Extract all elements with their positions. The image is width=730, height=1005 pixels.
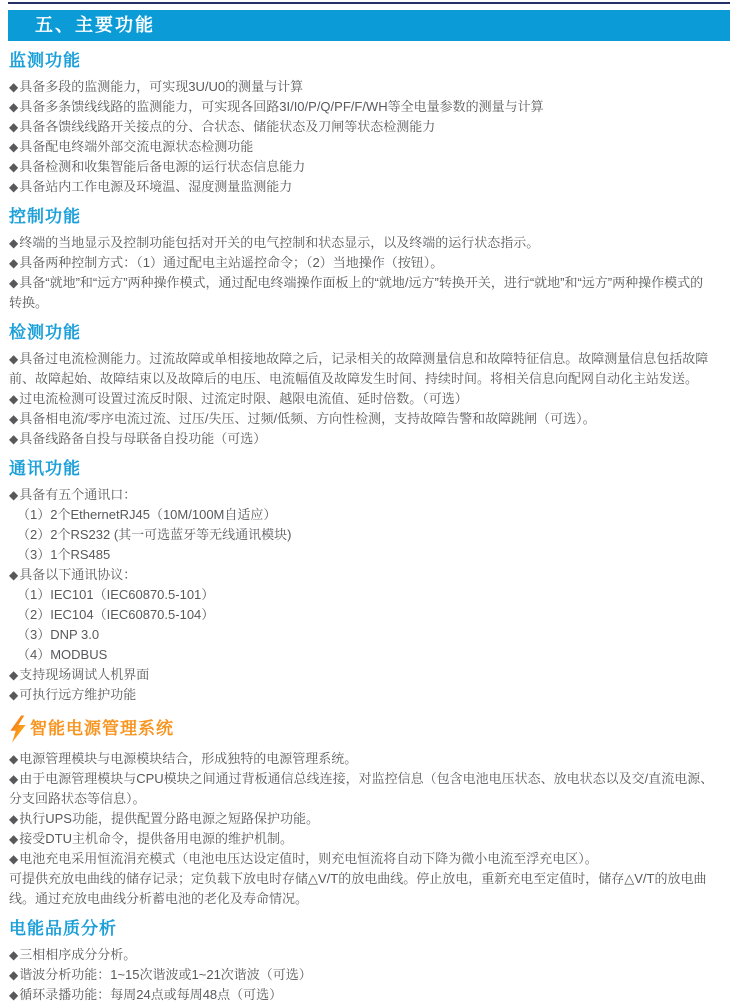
feature-item: 可提供充放电曲线的储存记录；定负载下放电时存储△V/T的放电曲线。停止放电，重新… bbox=[9, 869, 716, 909]
feature-item: ◆三相相序成分分析。 bbox=[9, 945, 716, 965]
section-detection: 检测功能◆具备过电流检测能力。过流故障或单相接地故障之后，记录相关的故障测量信息… bbox=[9, 323, 716, 449]
feature-item: （1）IEC101（IEC60870.5-101） bbox=[9, 585, 716, 605]
feature-item-text: 具备站内工作电源及环境温、湿度测量监测能力 bbox=[19, 179, 292, 194]
feature-item-text: 三相相序成分分析。 bbox=[19, 947, 136, 962]
section-heading-monitoring: 监测功能 bbox=[9, 51, 716, 71]
feature-item: ◆循环录播功能：每周24点或每周48点（可选） bbox=[9, 985, 716, 1005]
section-heading-communication: 通讯功能 bbox=[9, 459, 716, 479]
feature-item-text: （3）DNP 3.0 bbox=[17, 627, 99, 642]
feature-item: ◆具备站内工作电源及环境温、湿度测量监测能力 bbox=[9, 177, 716, 197]
sections: 监测功能◆具备多段的监测能力，可实现3U/U0的测量与计算◆具备多条馈线线路的监… bbox=[0, 41, 730, 1005]
feature-item: ◆具备线路备自投与母联备自投功能（可选） bbox=[9, 429, 716, 449]
diamond-bullet-icon: ◆ bbox=[9, 432, 18, 446]
diamond-bullet-icon: ◆ bbox=[9, 812, 18, 826]
feature-item-text: 循环录播功能：每周24点或每周48点（可选） bbox=[19, 987, 282, 1002]
section-heading-text: 控制功能 bbox=[9, 207, 81, 227]
diamond-bullet-icon: ◆ bbox=[9, 852, 18, 866]
feature-item-text: 具备线路备自投与母联备自投功能（可选） bbox=[19, 431, 266, 446]
feature-item-text: 支持现场调试人机界面 bbox=[19, 667, 149, 682]
diamond-bullet-icon: ◆ bbox=[9, 392, 18, 406]
section-heading-detection: 检测功能 bbox=[9, 323, 716, 343]
feature-item: （4）MODBUS bbox=[9, 645, 716, 665]
feature-item: ◆谐波分析功能：1~15次谐波或1~21次谐波（可选） bbox=[9, 965, 716, 985]
diamond-bullet-icon: ◆ bbox=[9, 988, 18, 1002]
feature-item-text: 具备相电流/零序电流过流、过压/失压、过频/低频、方向性检测，支持故障告警和故障… bbox=[19, 411, 595, 426]
top-rule bbox=[8, 2, 730, 4]
diamond-bullet-icon: ◆ bbox=[9, 412, 18, 426]
diamond-bullet-icon: ◆ bbox=[9, 276, 18, 290]
diamond-bullet-icon: ◆ bbox=[9, 752, 18, 766]
diamond-bullet-icon: ◆ bbox=[9, 352, 18, 366]
diamond-bullet-icon: ◆ bbox=[9, 256, 18, 270]
feature-item-text: （1）IEC101（IEC60870.5-101） bbox=[17, 587, 214, 602]
feature-item-text: 电源管理模块与电源模块结合，形成独特的电源管理系统。 bbox=[19, 751, 357, 766]
feature-item-text: 具备“就地”和“远方”两种操作模式，通过配电终端操作面板上的“就地/远方”转换开… bbox=[9, 275, 703, 310]
feature-item: ◆支持现场调试人机界面 bbox=[9, 665, 716, 685]
feature-item-text: （1）2个EthernetRJ45（10M/100M自适应） bbox=[17, 507, 276, 522]
diamond-bullet-icon: ◆ bbox=[9, 488, 18, 502]
feature-item: ◆具备“就地”和“远方”两种操作模式，通过配电终端操作面板上的“就地/远方”转换… bbox=[9, 273, 716, 313]
feature-item-text: 具备两种控制方式：（1）通过配电主站遥控命令；（2）当地操作（按钮）。 bbox=[19, 255, 443, 270]
feature-item-text: 具备配电终端外部交流电源状态检测功能 bbox=[19, 139, 253, 154]
feature-item-text: 具备多条馈线线路的监测能力，可实现各回路3I/I0/P/Q/PF/F/WH等全电… bbox=[19, 99, 543, 114]
feature-item-text: （2）IEC104（IEC60870.5-104） bbox=[17, 607, 214, 622]
feature-item-text: 由于电源管理模块与CPU模块之间通过背板通信总线连接，对监控信息（包含电池电压状… bbox=[9, 771, 713, 806]
feature-item-text: 终端的当地显示及控制功能包括对开关的电气控制和状态显示，以及终端的运行状态指示。 bbox=[19, 235, 539, 250]
feature-item-text: 可执行远方维护功能 bbox=[19, 687, 136, 702]
diamond-bullet-icon: ◆ bbox=[9, 120, 18, 134]
section-power-quality: 电能品质分析◆三相相序成分分析。◆谐波分析功能：1~15次谐波或1~21次谐波（… bbox=[9, 919, 716, 1005]
feature-item: （1）2个EthernetRJ45（10M/100M自适应） bbox=[9, 505, 716, 525]
page-title-bar: 五、主要功能 bbox=[8, 10, 730, 41]
feature-item: ◆执行UPS功能，提供配置分路电源之短路保护功能。 bbox=[9, 809, 716, 829]
feature-item: ◆过电流检测可设置过流反时限、过流定时限、越限电流值、延时倍数。（可选） bbox=[9, 389, 716, 409]
feature-item-text: 具备多段的监测能力，可实现3U/U0的测量与计算 bbox=[19, 79, 303, 94]
feature-item: ◆具备过电流检测能力。过流故障或单相接地故障之后，记录相关的故障测量信息和故障特… bbox=[9, 349, 716, 389]
diamond-bullet-icon: ◆ bbox=[9, 568, 18, 582]
diamond-bullet-icon: ◆ bbox=[9, 688, 18, 702]
diamond-bullet-icon: ◆ bbox=[9, 772, 18, 786]
feature-item-text: 执行UPS功能，提供配置分路电源之短路保护功能。 bbox=[19, 811, 319, 826]
feature-item-text: 具备检测和收集智能后备电源的运行状态信息能力 bbox=[19, 159, 305, 174]
feature-item-text: （2）2个RS232 (其一可选蓝牙等无线通讯模块) bbox=[17, 527, 291, 542]
feature-item: ◆具备多条馈线线路的监测能力，可实现各回路3I/I0/P/Q/PF/F/WH等全… bbox=[9, 97, 716, 117]
feature-item-text: 具备过电流检测能力。过流故障或单相接地故障之后，记录相关的故障测量信息和故障特征… bbox=[9, 351, 708, 386]
feature-item-text: 具备各馈线线路开关接点的分、合状态、储能状态及刀闸等状态检测能力 bbox=[19, 119, 435, 134]
diamond-bullet-icon: ◆ bbox=[9, 160, 18, 174]
feature-item: ◆具备两种控制方式：（1）通过配电主站遥控命令；（2）当地操作（按钮）。 bbox=[9, 253, 716, 273]
feature-item-text: 过电流检测可设置过流反时限、过流定时限、越限电流值、延时倍数。（可选） bbox=[19, 391, 468, 406]
section-power-management: 智能电源管理系统◆电源管理模块与电源模块结合，形成独特的电源管理系统。◆由于电源… bbox=[9, 715, 716, 909]
feature-item: ◆具备相电流/零序电流过流、过压/失压、过频/低频、方向性检测，支持故障告警和故… bbox=[9, 409, 716, 429]
feature-item-text: 电池充电采用恒流涓充模式（电池电压达设定值时，则充电恒流将自动下降为微小电流至浮… bbox=[19, 851, 598, 866]
diamond-bullet-icon: ◆ bbox=[9, 236, 18, 250]
diamond-bullet-icon: ◆ bbox=[9, 668, 18, 682]
section-heading-power-quality: 电能品质分析 bbox=[9, 919, 716, 939]
feature-item: ◆由于电源管理模块与CPU模块之间通过背板通信总线连接，对监控信息（包含电池电压… bbox=[9, 769, 716, 809]
feature-item: ◆电源管理模块与电源模块结合，形成独特的电源管理系统。 bbox=[9, 749, 716, 769]
diamond-bullet-icon: ◆ bbox=[9, 180, 18, 194]
section-monitoring: 监测功能◆具备多段的监测能力，可实现3U/U0的测量与计算◆具备多条馈线线路的监… bbox=[9, 51, 716, 197]
feature-item: ◆接受DTU主机命令，提供备用电源的维护机制。 bbox=[9, 829, 716, 849]
feature-item: ◆具备有五个通讯口： bbox=[9, 485, 716, 505]
section-heading-power-management: 智能电源管理系统 bbox=[9, 715, 716, 743]
section-heading-control: 控制功能 bbox=[9, 207, 716, 227]
feature-item: ◆具备检测和收集智能后备电源的运行状态信息能力 bbox=[9, 157, 716, 177]
section-heading-text: 智能电源管理系统 bbox=[30, 719, 174, 739]
feature-item: ◆具备多段的监测能力，可实现3U/U0的测量与计算 bbox=[9, 77, 716, 97]
feature-item-text: 可提供充放电曲线的储存记录；定负载下放电时存储△V/T的放电曲线。停止放电，重新… bbox=[9, 871, 706, 906]
section-heading-text: 检测功能 bbox=[9, 323, 81, 343]
feature-item: ◆具备配电终端外部交流电源状态检测功能 bbox=[9, 137, 716, 157]
section-heading-text: 监测功能 bbox=[9, 51, 81, 71]
diamond-bullet-icon: ◆ bbox=[9, 948, 18, 962]
diamond-bullet-icon: ◆ bbox=[9, 80, 18, 94]
feature-item: （2）IEC104（IEC60870.5-104） bbox=[9, 605, 716, 625]
diamond-bullet-icon: ◆ bbox=[9, 100, 18, 114]
page: { "header": { "title": "五、主要功能" }, "colo… bbox=[0, 0, 730, 1005]
feature-item-text: 接受DTU主机命令，提供备用电源的维护机制。 bbox=[19, 831, 293, 846]
feature-item-text: 具备以下通讯协议： bbox=[19, 567, 136, 582]
feature-item: ◆可执行远方维护功能 bbox=[9, 685, 716, 705]
section-heading-text: 电能品质分析 bbox=[9, 919, 117, 939]
feature-item: （3）1个RS485 bbox=[9, 545, 716, 565]
section-communication: 通讯功能◆具备有五个通讯口：（1）2个EthernetRJ45（10M/100M… bbox=[9, 459, 716, 705]
feature-item: （3）DNP 3.0 bbox=[9, 625, 716, 645]
lightning-icon bbox=[9, 715, 27, 743]
feature-item: ◆电池充电采用恒流涓充模式（电池电压达设定值时，则充电恒流将自动下降为微小电流至… bbox=[9, 849, 716, 869]
section-control: 控制功能◆终端的当地显示及控制功能包括对开关的电气控制和状态显示，以及终端的运行… bbox=[9, 207, 716, 313]
diamond-bullet-icon: ◆ bbox=[9, 140, 18, 154]
feature-item-text: 谐波分析功能：1~15次谐波或1~21次谐波（可选） bbox=[19, 967, 312, 982]
diamond-bullet-icon: ◆ bbox=[9, 968, 18, 982]
diamond-bullet-icon: ◆ bbox=[9, 832, 18, 846]
feature-item-text: 具备有五个通讯口： bbox=[19, 487, 136, 502]
feature-item-text: （3）1个RS485 bbox=[17, 547, 110, 562]
feature-item-text: （4）MODBUS bbox=[17, 647, 107, 662]
feature-item: （2）2个RS232 (其一可选蓝牙等无线通讯模块) bbox=[9, 525, 716, 545]
feature-item: ◆终端的当地显示及控制功能包括对开关的电气控制和状态显示，以及终端的运行状态指示… bbox=[9, 233, 716, 253]
page-title: 五、主要功能 bbox=[35, 15, 155, 35]
feature-item: ◆具备各馈线线路开关接点的分、合状态、储能状态及刀闸等状态检测能力 bbox=[9, 117, 716, 137]
section-heading-text: 通讯功能 bbox=[9, 459, 81, 479]
feature-item: ◆具备以下通讯协议： bbox=[9, 565, 716, 585]
